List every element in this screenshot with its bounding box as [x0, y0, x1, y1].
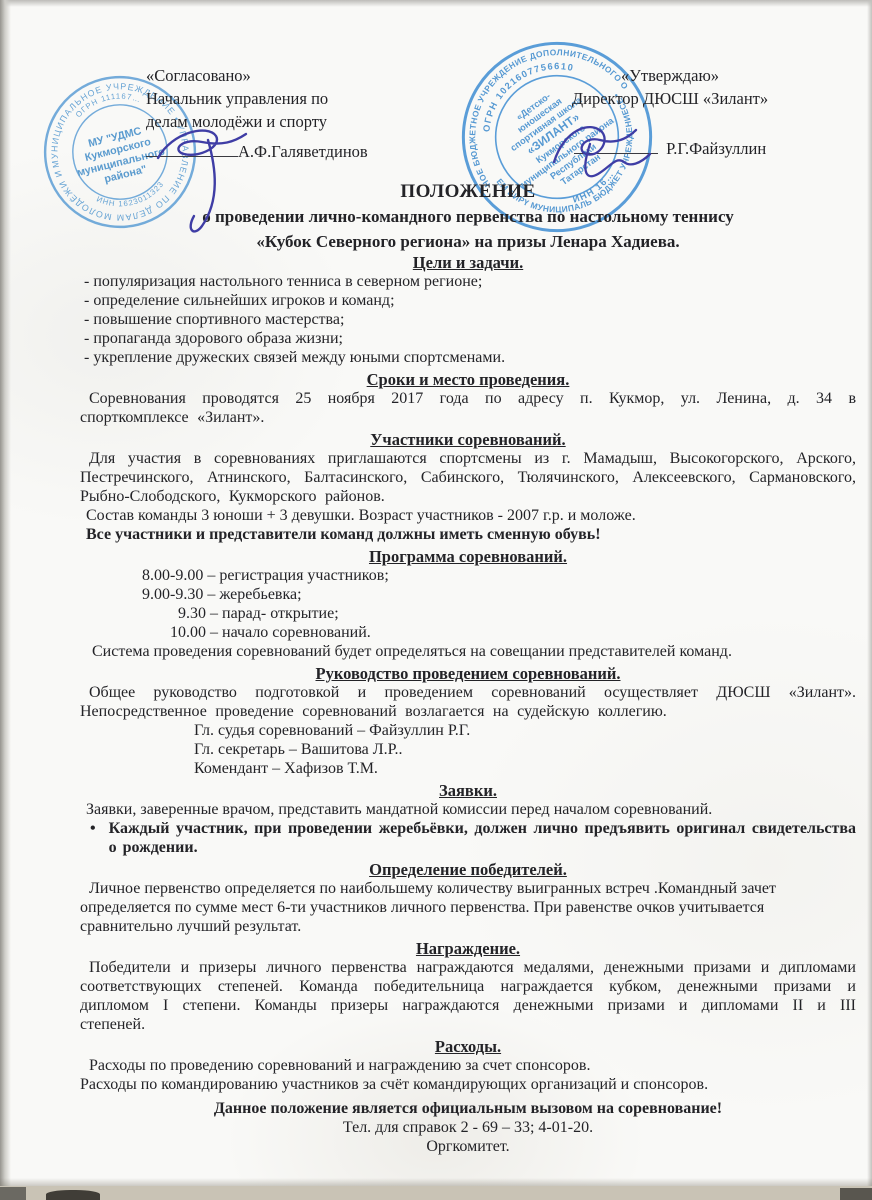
schedule-item: 9.00-9.30 – жеребьевка;: [142, 585, 856, 604]
official-item: Гл. судья соревнований – Файзуллин Р.Г.: [194, 721, 856, 740]
handwritten-signature-left: [150, 120, 280, 244]
scan-edge-top: [0, 0, 872, 7]
document-footer: Данное положение является официальным вы…: [80, 1099, 856, 1156]
scan-smudge: [46, 1190, 100, 1200]
management-body: Общее руководство подготовкой и проведен…: [80, 683, 856, 721]
official-item: Комендант – Хафизов Т.М.: [194, 759, 856, 778]
footer-phone: Тел. для справок 2 - 69 – 33; 4-01-20.: [80, 1118, 856, 1137]
participants-body: Для участия в соревнованиях приглашаются…: [80, 449, 856, 506]
schedule-item: 9.30 – парад- открытие;: [142, 604, 856, 623]
awards-body: Победители и призеры личного первенства …: [80, 958, 856, 1034]
approval-right-label: «Утверждаю»: [553, 64, 787, 87]
approval-left-label: «Согласовано»: [146, 64, 436, 87]
program-note: Система проведения соревнований будет оп…: [92, 642, 856, 661]
bullet-icon: •: [90, 819, 96, 857]
heading-management: Руководство проведением соревнований.: [80, 664, 856, 683]
goal-item: - популяризация настольного тенниса в се…: [84, 272, 856, 291]
expenses-line2: Расходы по командированию участников за …: [80, 1075, 856, 1094]
participants-note: Все участники и представители команд дол…: [80, 525, 856, 544]
heading-goals: Цели и задачи.: [80, 253, 856, 272]
schedule-item: 10.00 – начало соревнований.: [142, 623, 856, 642]
approval-left-line1: Начальник управления по: [146, 87, 436, 110]
dates-body: Соревнования проводятся 25 ноября 2017 г…: [80, 389, 856, 427]
scan-smudge: [0, 1187, 26, 1200]
heading-participants: Участники соревнований.: [80, 430, 856, 449]
applications-bullet-text: Каждый участник, при проведении жеребьёв…: [109, 819, 856, 857]
goal-item: - укрепление дружеских связей между юным…: [84, 348, 856, 367]
goal-item: - повышение спортивного мастерства;: [84, 310, 856, 329]
scan-edge-bottom: [0, 1186, 872, 1200]
document-body: Цели и задачи. - популяризация настольно…: [80, 250, 856, 1156]
scanned-document-page: МУНИЦИПАЛЬНОЕ УЧРЕЖДЕНИЕ • УПРАВЛЕНИЕ ПО…: [0, 0, 872, 1200]
heading-expenses: Расходы.: [80, 1037, 856, 1056]
heading-winners: Определение победителей.: [80, 860, 856, 879]
scan-edge-right: [867, 0, 872, 1200]
goal-item: - пропаганда здорового образа жизни;: [84, 329, 856, 348]
applications-bullet-row: • Каждый участник, при проведении жеребь…: [90, 819, 856, 857]
heading-applications: Заявки.: [80, 781, 856, 800]
heading-dates: Сроки и место проведения.: [80, 370, 856, 389]
footer-call: Данное положение является официальным вы…: [80, 1099, 856, 1118]
scan-edge-bottom-shadow: [0, 1178, 872, 1186]
heading-program: Программа соревнований.: [80, 547, 856, 566]
official-item: Гл. секретарь – Вашитова Л.Р..: [194, 740, 856, 759]
heading-awards: Награждение.: [80, 939, 856, 958]
winners-body: Личное первенство определяется по наибол…: [80, 879, 856, 936]
handwritten-signature-right: [548, 110, 700, 192]
goal-item: - определение сильнейших игроков и коман…: [84, 291, 856, 310]
scan-edge-left: [0, 0, 11, 1200]
approval-right-line1: Директор ДЮСШ «Зилант»: [553, 87, 787, 110]
participants-team: Состав команды 3 юноши + 3 девушки. Возр…: [80, 506, 856, 525]
schedule-item: 8.00-9.00 – регистрация участников;: [142, 566, 856, 585]
footer-committee: Оргкомитет.: [80, 1137, 856, 1156]
expenses-line1: Расходы по проведению соревнований и наг…: [80, 1056, 856, 1075]
scan-smudge: [840, 1188, 872, 1200]
applications-body: Заявки, заверенные врачом, представить м…: [80, 800, 856, 819]
